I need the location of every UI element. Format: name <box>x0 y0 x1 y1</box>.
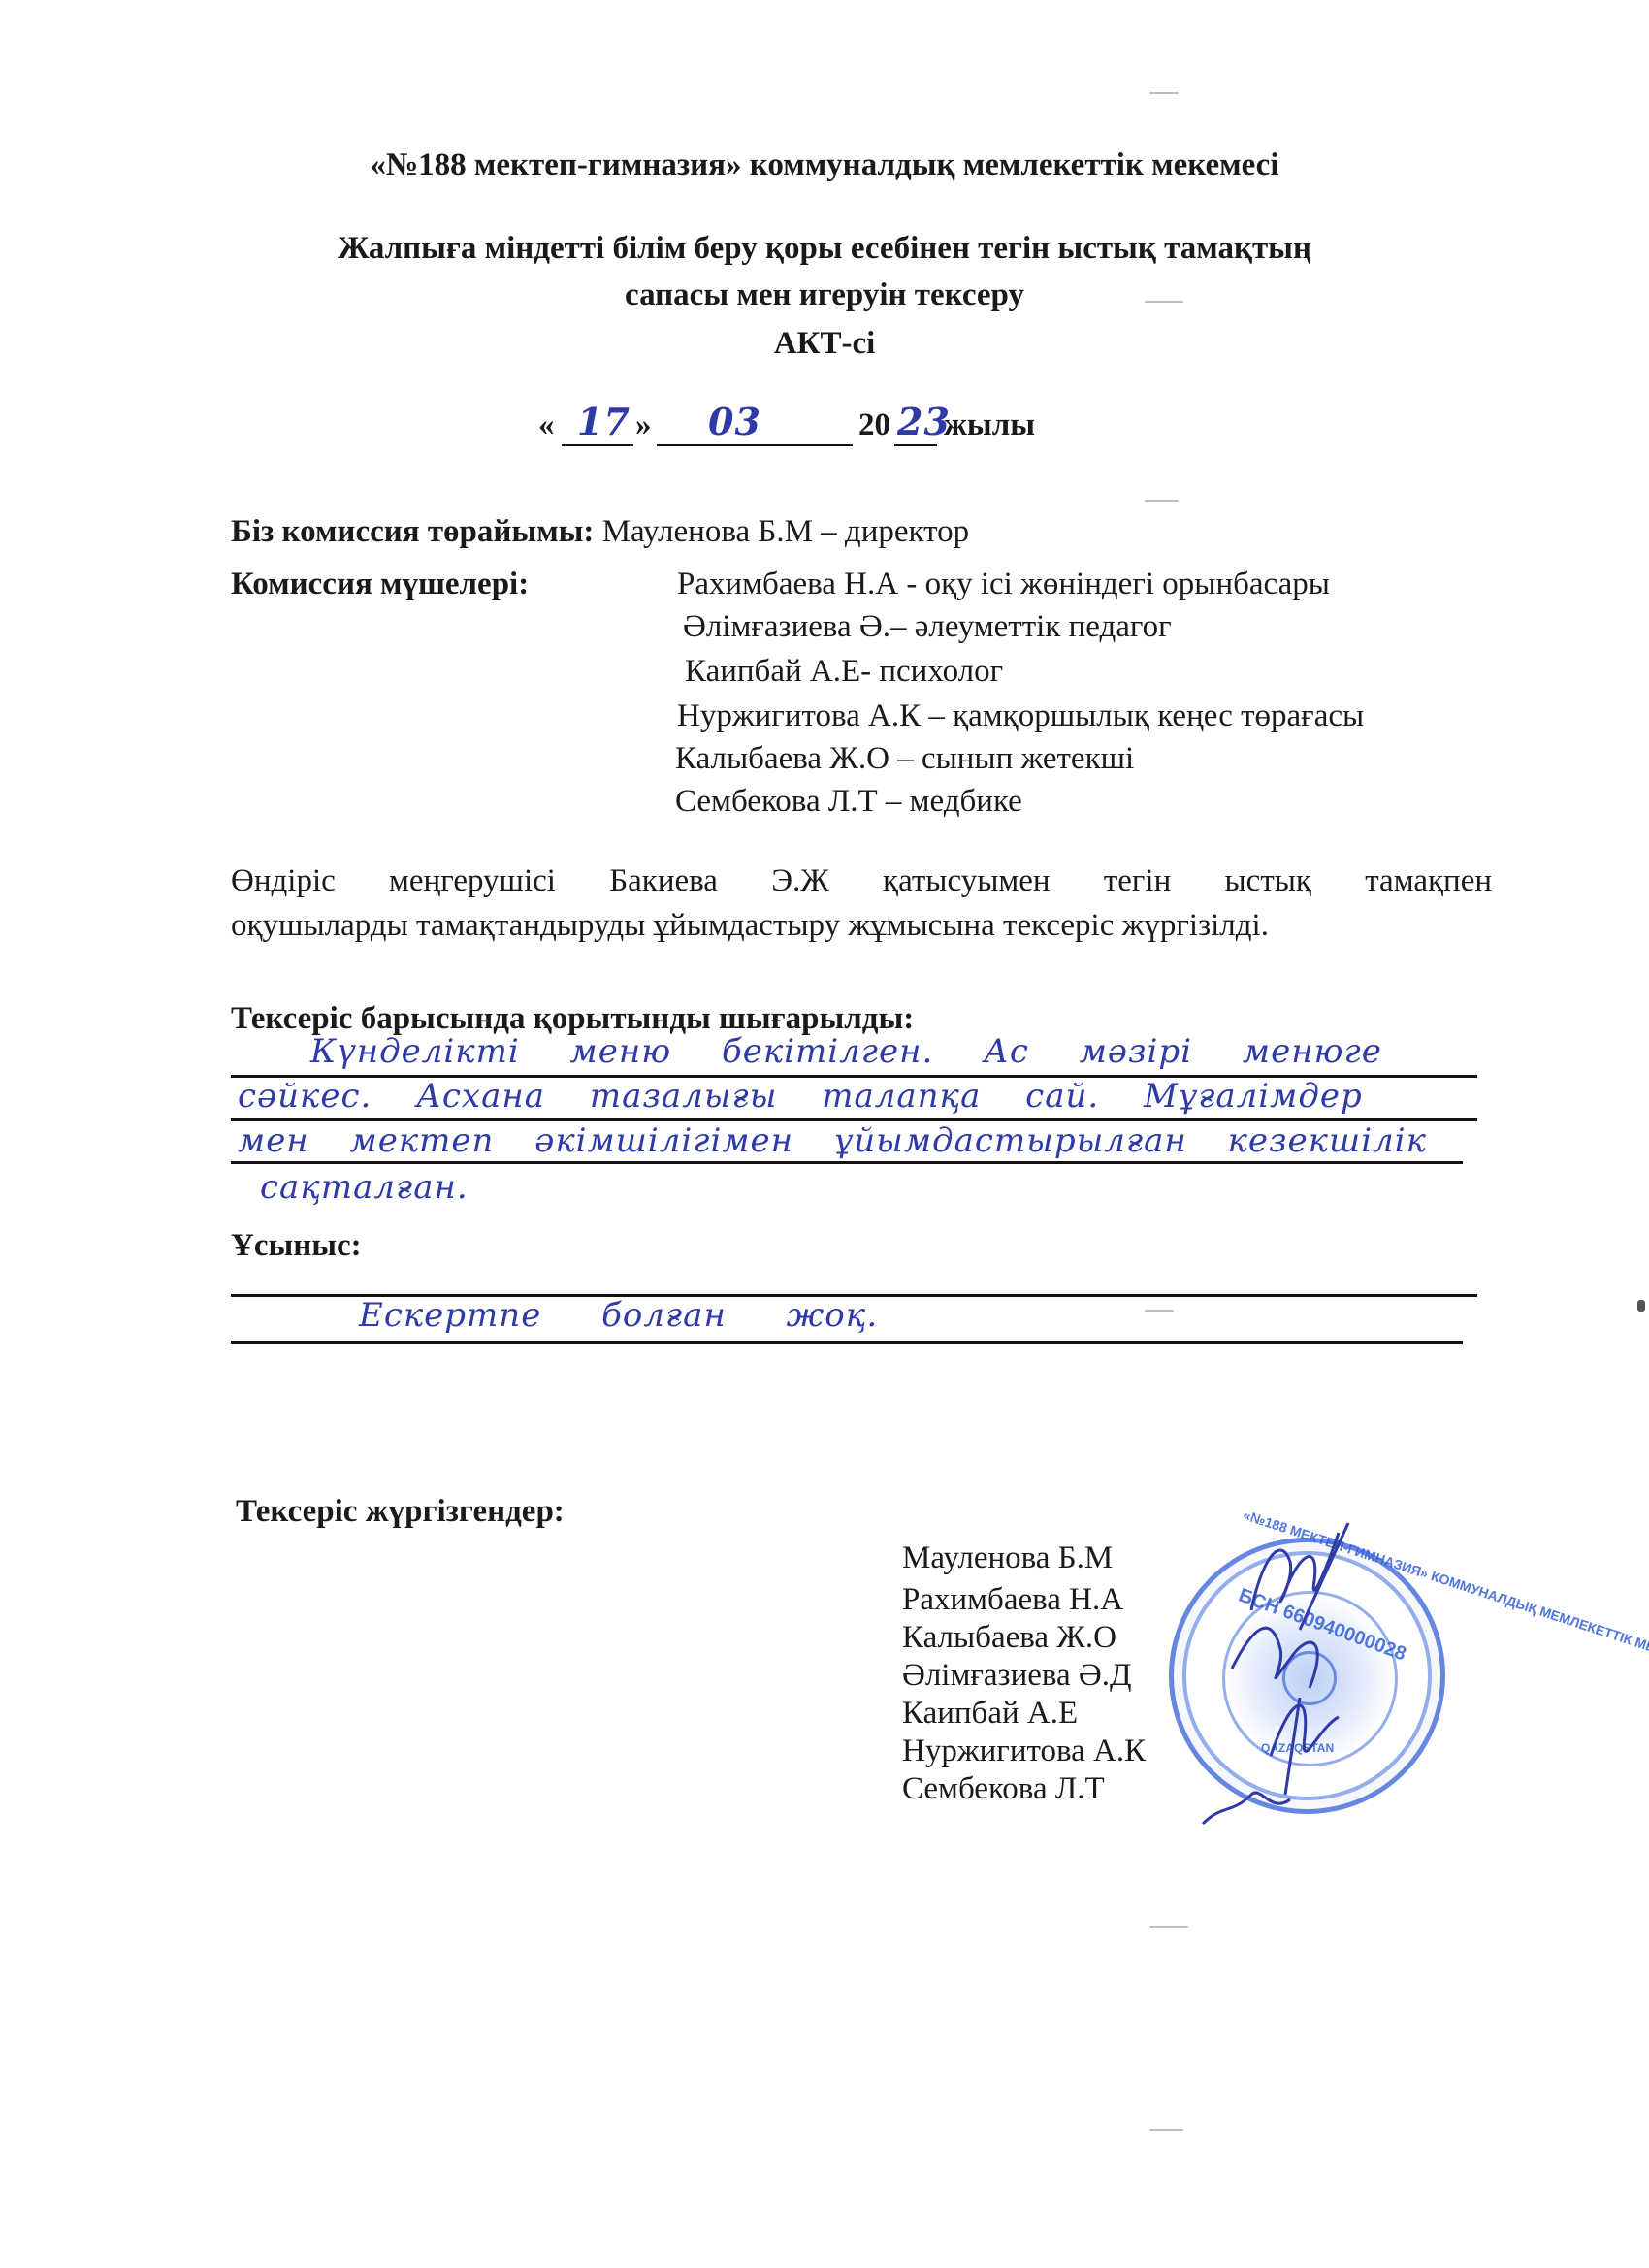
scan-speck <box>1145 301 1183 303</box>
member-3: Каипбай А.Е- психолог <box>685 654 1003 690</box>
signatory-6: Нуржигитова А.К <box>902 1733 1146 1770</box>
day-underline <box>562 444 633 446</box>
date-day[interactable]: 17 <box>577 400 630 443</box>
signatories-label: Тексеріс жүргізгендер: <box>236 1494 565 1530</box>
scan-speck <box>1145 1310 1174 1312</box>
member-4: Нуржигитова А.К – қамқоршылық кеңес төра… <box>677 698 1364 734</box>
month-underline <box>657 444 853 446</box>
commission-chair: Біз комиссия төрайымы: Мауленова Б.М – д… <box>231 514 969 550</box>
intro-line-2: оқушыларды тамақтандыруды ұйымдастыру жұ… <box>231 908 1269 944</box>
scan-mark <box>1637 1300 1645 1312</box>
signatory-1: Мауленова Б.М <box>902 1539 1146 1577</box>
recommendation-rule-2 <box>231 1341 1463 1344</box>
scan-speck <box>1149 2129 1183 2131</box>
member-2: Әлімғазиева Ә.– әлеуметтік педагог <box>683 609 1172 645</box>
date-year-suffix[interactable]: 23 <box>897 400 951 443</box>
date-year-prefix: 20 <box>858 407 890 443</box>
member-1: Рахимбаева Н.А - оқу ісі жөніндегі орынб… <box>677 567 1330 602</box>
signatory-7: Сембекова Л.Т <box>902 1770 1146 1808</box>
institution-name: «№188 мектеп-гимназия» коммуналдық мемле… <box>0 147 1649 183</box>
signatory-list: Мауленова Б.М Рахимбаева Н.А Калыбаева Ж… <box>902 1539 1146 1808</box>
recommendation-handwriting[interactable]: Ескертпе болған жоқ. <box>359 1296 878 1335</box>
act-date: « 17 » 03 20 23 жылы <box>538 407 1217 466</box>
date-close-quote: » <box>635 407 652 443</box>
members-label: Комиссия мүшелері: <box>231 567 529 602</box>
conclusion-handwriting-2[interactable]: сәйкес. Асхана тазалығы талапқа сай. Мұғ… <box>238 1077 1363 1116</box>
year-underline <box>894 444 937 446</box>
signatory-4: Әлімғазиева Ә.Д <box>902 1657 1146 1695</box>
date-year-word: жылы <box>944 407 1035 443</box>
date-month[interactable]: 03 <box>708 400 761 443</box>
chair-value: Мауленова Б.М – директор <box>602 514 969 549</box>
conclusion-handwriting-3[interactable]: мен мектеп әкімшілігімен ұйымдастырылған… <box>238 1121 1427 1160</box>
member-5: Калыбаева Ж.О – сынып жетекші <box>675 741 1134 777</box>
conclusion-handwriting-1[interactable]: Күнделікті меню бекітілген. Ас мәзірі ме… <box>310 1032 1382 1071</box>
intro-line-1: Өндіріс меңгерушісі Бакиева Э.Ж қатысуым… <box>231 863 1492 899</box>
scan-speck <box>1145 500 1179 502</box>
chair-label: Біз комиссия төрайымы: <box>231 514 594 549</box>
conclusion-rule-3 <box>231 1161 1463 1164</box>
signatory-2: Рахимбаева Н.А <box>902 1581 1146 1619</box>
act-title-line-2: сапасы мен игеруін тексеру <box>0 277 1649 313</box>
conclusion-handwriting-4[interactable]: сақталған. <box>260 1168 469 1207</box>
act-title-line-3: АКТ-сі <box>0 326 1649 362</box>
recommendation-label: Ұсыныс: <box>231 1228 362 1264</box>
signatory-5: Каипбай А.Е <box>902 1695 1146 1733</box>
signatory-3: Калыбаева Ж.О <box>902 1619 1146 1657</box>
signatures-icon <box>1193 1504 1387 1843</box>
act-title-line-1: Жалпыға міндетті білім беру қоры есебіне… <box>0 231 1649 267</box>
scan-speck <box>1149 1926 1188 1928</box>
scan-speck <box>1149 92 1179 94</box>
member-6: Сембекова Л.Т – медбике <box>675 784 1022 820</box>
date-open-quote: « <box>538 407 555 443</box>
